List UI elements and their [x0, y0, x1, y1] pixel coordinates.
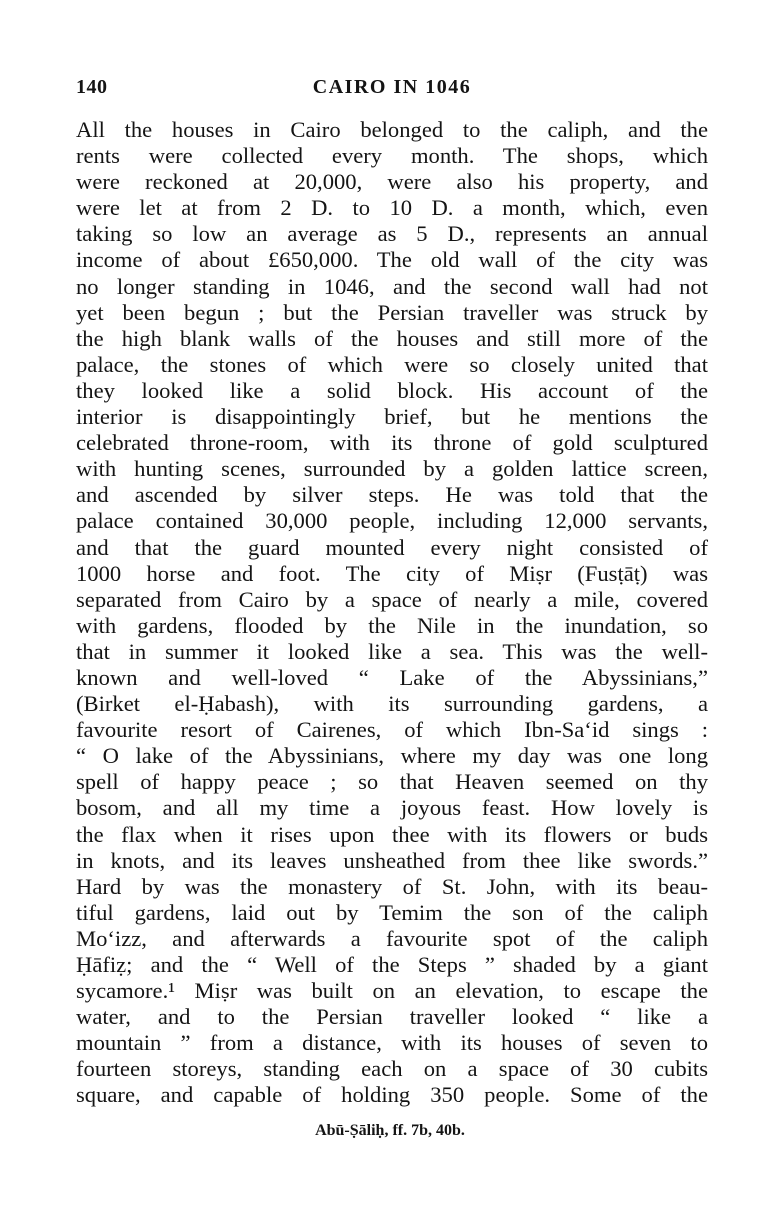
- text-line: tiful gardens, laid out by Temim the son…: [76, 900, 708, 926]
- text-line: palace, the stones of which were so clos…: [76, 352, 708, 378]
- text-line: (Birket el-Ḥabash), with its surrounding…: [76, 691, 708, 717]
- text-line: All the houses in Cairo belonged to the …: [76, 117, 708, 143]
- text-line: they looked like a solid block. His acco…: [76, 378, 708, 404]
- page-header: 140 CAIRO IN 1046: [76, 76, 708, 102]
- text-line: taking so low an average as 5 D., repres…: [76, 221, 708, 247]
- text-line: bosom, and all my time a joyous feast. H…: [76, 795, 708, 821]
- text-line: interior is disappointingly brief, but h…: [76, 404, 708, 430]
- text-line: with hunting scenes, surrounded by a gol…: [76, 456, 708, 482]
- text-line: were reckoned at 20,000, were also his p…: [76, 169, 708, 195]
- text-line: and ascended by silver steps. He was tol…: [76, 482, 708, 508]
- text-line: and that the guard mounted every night c…: [76, 535, 708, 561]
- text-line: favourite resort of Cairenes, of which I…: [76, 717, 708, 743]
- text-line: rents were collected every month. The sh…: [76, 143, 708, 169]
- text-line: were let at from 2 D. to 10 D. a month, …: [76, 195, 708, 221]
- running-head: CAIRO IN 1046: [76, 76, 708, 99]
- text-line: yet been begun ; but the Persian travell…: [76, 300, 708, 326]
- text-line: Hard by was the monastery of St. John, w…: [76, 874, 708, 900]
- text-line: the flax when it rises upon thee with it…: [76, 822, 708, 848]
- text-line: the high blank walls of the houses and s…: [76, 326, 708, 352]
- text-line: sycamore.¹ Miṣr was built on an elevatio…: [76, 978, 708, 1004]
- book-page: 140 CAIRO IN 1046 All the houses in Cair…: [0, 0, 780, 1226]
- text-line: fourteen storeys, standing each on a spa…: [76, 1056, 708, 1082]
- text-line: income of about £650,000. The old wall o…: [76, 247, 708, 273]
- text-line: water, and to the Persian traveller look…: [76, 1004, 708, 1030]
- text-line: mountain ” from a distance, with its hou…: [76, 1030, 708, 1056]
- text-line: square, and capable of holding 350 peopl…: [76, 1082, 708, 1108]
- text-line: palace contained 30,000 people, includin…: [76, 508, 708, 534]
- text-line: “ O lake of the Abyssinians, where my da…: [76, 743, 708, 769]
- text-line: Mo‘izz, and afterwards a favourite spot …: [76, 926, 708, 952]
- text-line: 1000 horse and foot. The city of Miṣr (F…: [76, 561, 708, 587]
- text-line: separated from Cairo by a space of nearl…: [76, 587, 708, 613]
- text-line: Ḥāfiẓ; and the “ Well of the Steps ” sha…: [76, 952, 708, 978]
- text-line: in knots, and its leaves unsheathed from…: [76, 848, 708, 874]
- text-line: celebrated throne-room, with its throne …: [76, 430, 708, 456]
- footnote: Abū-Ṣāliḥ, ff. 7b, 40b.: [0, 1122, 780, 1140]
- body-text: All the houses in Cairo belonged to the …: [76, 117, 708, 1109]
- text-line: that in summer it looked like a sea. Thi…: [76, 639, 708, 665]
- text-line: no longer standing in 1046, and the seco…: [76, 274, 708, 300]
- text-line: known and well-loved “ Lake of the Abyss…: [76, 665, 708, 691]
- text-line: spell of happy peace ; so that Heaven se…: [76, 769, 708, 795]
- text-line: with gardens, flooded by the Nile in the…: [76, 613, 708, 639]
